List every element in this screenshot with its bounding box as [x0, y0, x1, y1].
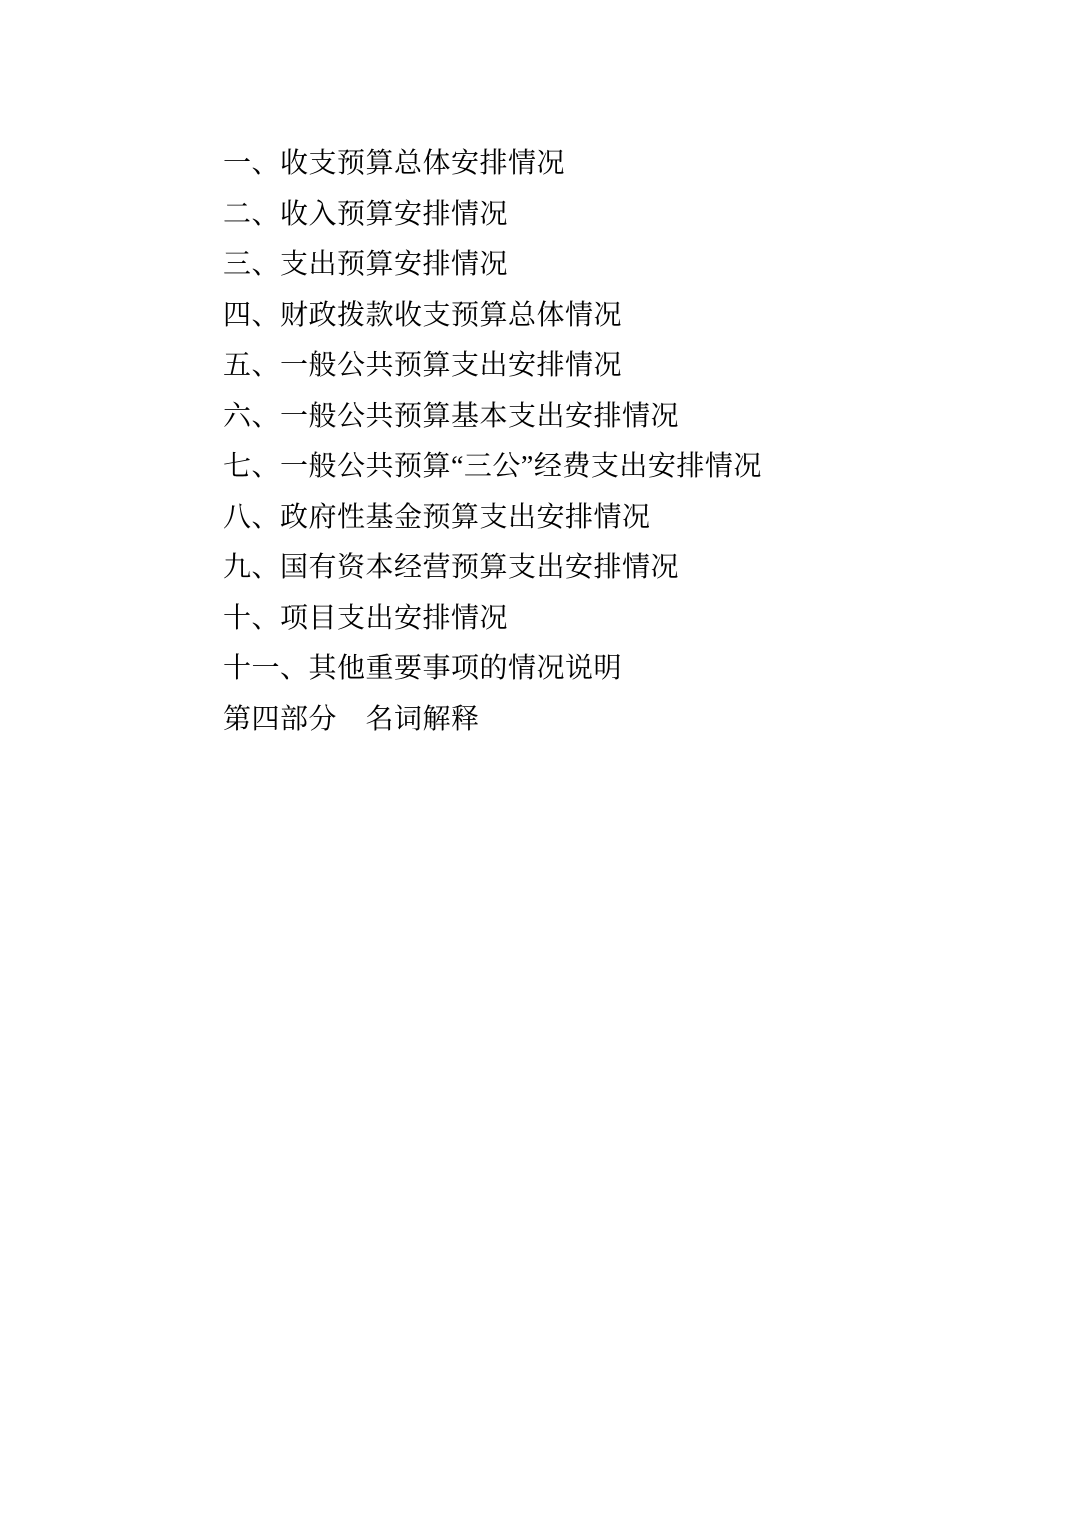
toc-item-12: 第四部分 名词解释 [223, 692, 1034, 743]
table-of-contents: 一、收支预算总体安排情况 二、收入预算安排情况 三、支出预算安排情况 四、财政拨… [223, 136, 1034, 742]
toc-item-5: 五、一般公共预算支出安排情况 [223, 338, 1034, 389]
toc-item-10: 十、项目支出安排情况 [223, 591, 1034, 642]
toc-item-1: 一、收支预算总体安排情况 [223, 136, 1034, 187]
toc-item-4: 四、财政拨款收支预算总体情况 [223, 288, 1034, 339]
toc-item-9: 九、国有资本经营预算支出安排情况 [223, 540, 1034, 591]
toc-item-2: 二、收入预算安排情况 [223, 187, 1034, 238]
document-page: 一、收支预算总体安排情况 二、收入预算安排情况 三、支出预算安排情况 四、财政拨… [0, 0, 1074, 1520]
toc-item-8: 八、政府性基金预算支出安排情况 [223, 490, 1034, 541]
toc-item-11: 十一、其他重要事项的情况说明 [223, 641, 1034, 692]
toc-item-6: 六、一般公共预算基本支出安排情况 [223, 389, 1034, 440]
toc-item-7: 七、一般公共预算“三公”经费支出安排情况 [223, 439, 1034, 490]
toc-item-3: 三、支出预算安排情况 [223, 237, 1034, 288]
